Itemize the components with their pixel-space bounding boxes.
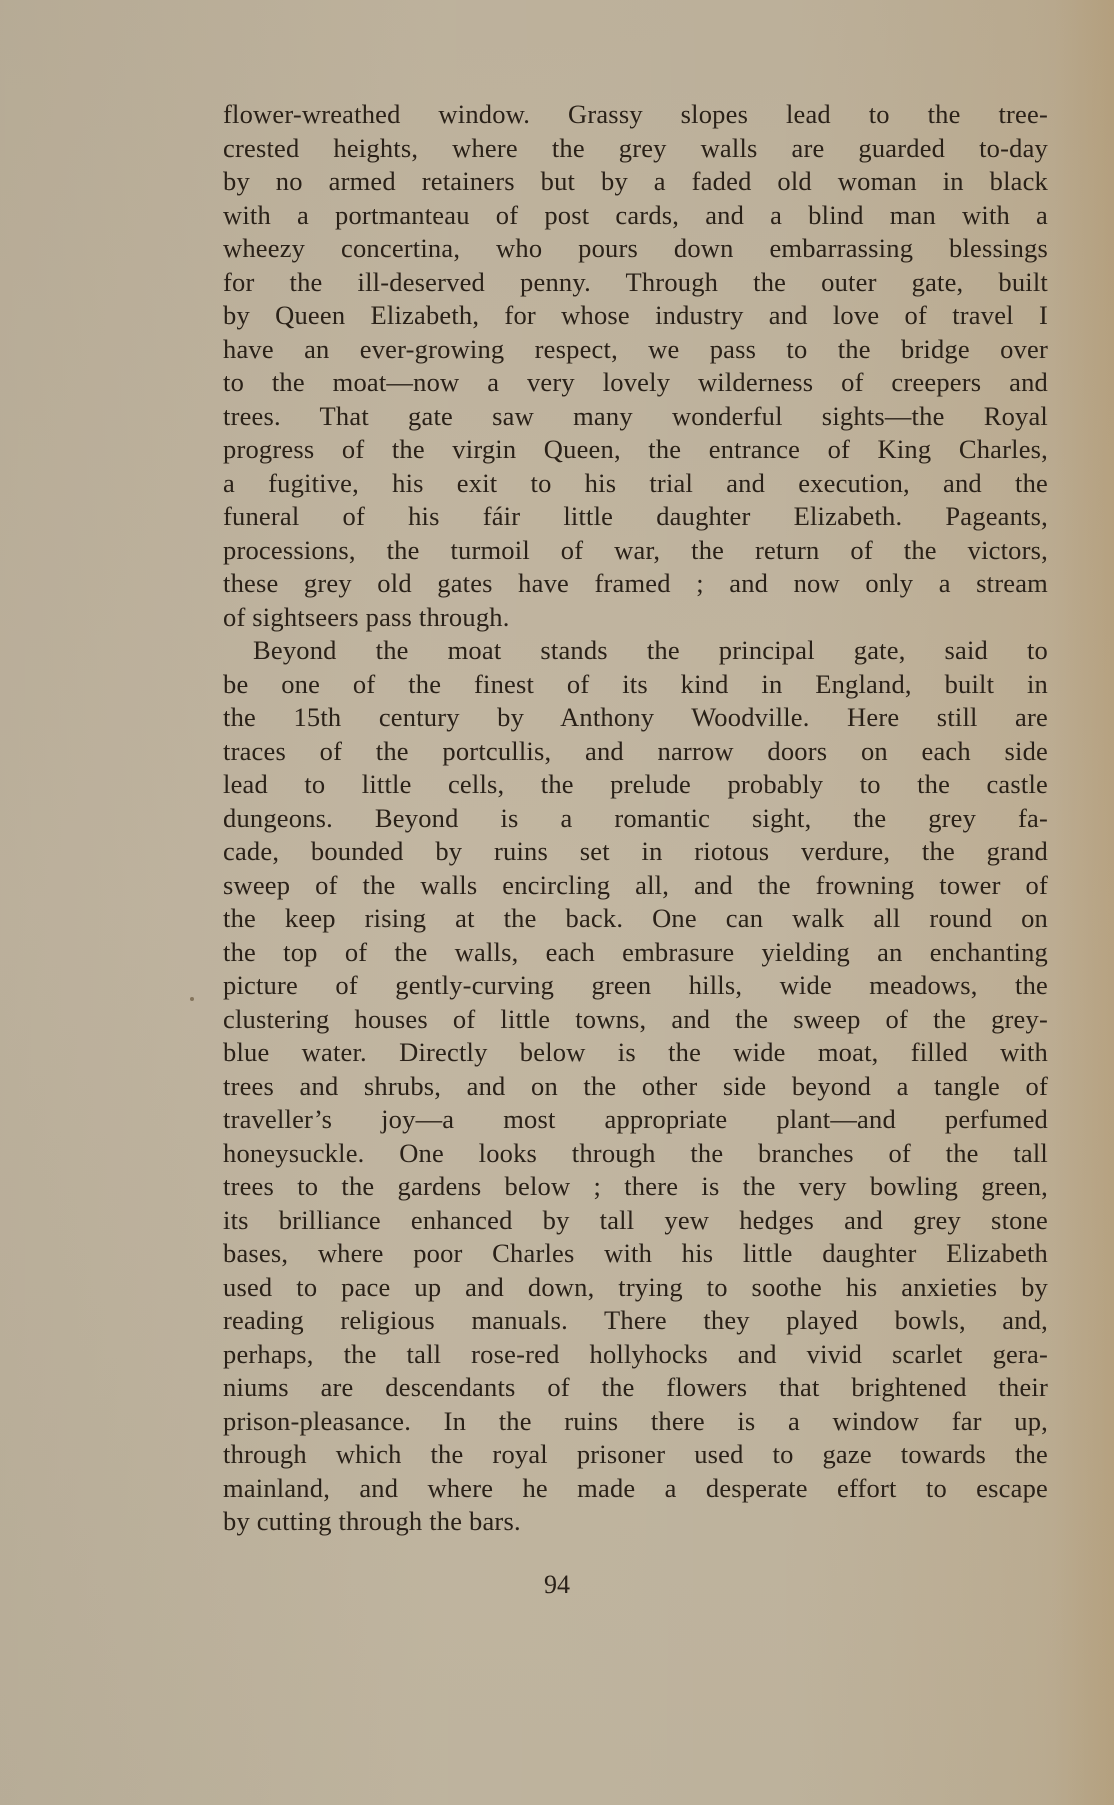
text-line: by Queen Elizabeth, for whose industry a… [223,299,1048,333]
text-line: processions, the turmoil of war, the ret… [223,534,1048,568]
text-line: picture of gently-curving green hills, w… [223,969,1048,1003]
page-number: 94 [0,1570,1114,1600]
text-line: Beyond the moat stands the principal gat… [223,634,1048,668]
text-line: trees. That gate saw many wonderful sigh… [223,400,1048,434]
text-line: traces of the portcullis, and narrow doo… [223,735,1048,769]
book-page: flower-wreathed window. Grassy slopes le… [0,0,1114,1805]
text-line: clustering houses of little towns, and t… [223,1003,1048,1037]
text-line: by no armed retainers but by a faded old… [223,165,1048,199]
page-edge-stain [1054,0,1114,1805]
text-line: by cutting through the bars. [223,1505,1048,1539]
text-line: for the ill-deserved penny. Through the … [223,266,1048,300]
paper-speck [190,997,194,1001]
body-text: flower-wreathed window. Grassy slopes le… [223,98,1048,1539]
text-line: of sightseers pass through. [223,601,1048,635]
text-line: lead to little cells, the prelude probab… [223,768,1048,802]
text-line: to the moat—now a very lovely wilderness… [223,366,1048,400]
text-line: blue water. Directly below is the wide m… [223,1036,1048,1070]
text-line: crested heights, where the grey walls ar… [223,132,1048,166]
text-line: funeral of his fáir little daughter Eliz… [223,500,1048,534]
text-line: trees to the gardens below ; there is th… [223,1170,1048,1204]
text-line: traveller’s joy—a most appropriate plant… [223,1103,1048,1137]
text-line: be one of the finest of its kind in Engl… [223,668,1048,702]
text-line: sweep of the walls encircling all, and t… [223,869,1048,903]
text-line: the keep rising at the back. One can wal… [223,902,1048,936]
text-line: used to pace up and down, trying to soot… [223,1271,1048,1305]
text-line: honeysuckle. One looks through the branc… [223,1137,1048,1171]
text-line: reading religious manuals. There they pl… [223,1304,1048,1338]
text-line: with a portmanteau of post cards, and a … [223,199,1048,233]
text-line: the 15th century by Anthony Woodville. H… [223,701,1048,735]
text-line: trees and shrubs, and on the other side … [223,1070,1048,1104]
text-line: wheezy concertina, who pours down embarr… [223,232,1048,266]
text-line: its brilliance enhanced by tall yew hedg… [223,1204,1048,1238]
text-line: bases, where poor Charles with his littl… [223,1237,1048,1271]
text-line: flower-wreathed window. Grassy slopes le… [223,98,1048,132]
text-line: through which the royal prisoner used to… [223,1438,1048,1472]
text-line: cade, bounded by ruins set in riotous ve… [223,835,1048,869]
text-line: these grey old gates have framed ; and n… [223,567,1048,601]
text-line: mainland, and where he made a desperate … [223,1472,1048,1506]
text-line: the top of the walls, each embrasure yie… [223,936,1048,970]
text-line: a fugitive, his exit to his trial and ex… [223,467,1048,501]
text-line: progress of the virgin Queen, the entran… [223,433,1048,467]
text-line: dungeons. Beyond is a romantic sight, th… [223,802,1048,836]
text-line: niums are descendants of the flowers tha… [223,1371,1048,1405]
text-line: prison-pleasance. In the ruins there is … [223,1405,1048,1439]
text-line: perhaps, the tall rose-red hollyhocks an… [223,1338,1048,1372]
text-line: have an ever-growing respect, we pass to… [223,333,1048,367]
